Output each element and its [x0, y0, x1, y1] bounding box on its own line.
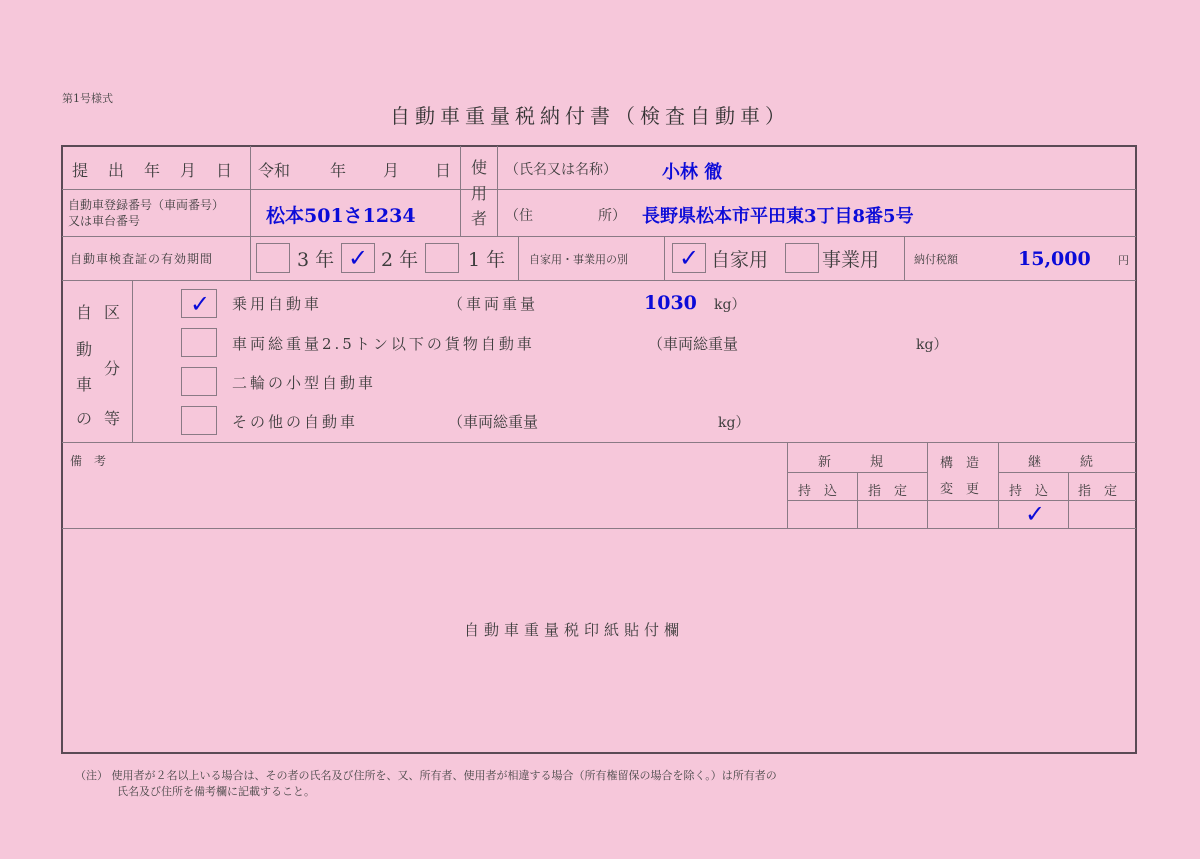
inspection-continue-header: 継 続 [1028, 451, 1093, 470]
inspection-new-bring-cell[interactable] [788, 501, 857, 528]
inspection-continue-bring-cell[interactable]: ✓ [999, 501, 1068, 528]
row-divider [62, 528, 1136, 529]
validity-3y-checkbox[interactable] [256, 243, 290, 273]
address-value[interactable]: 長野県松本市平田東3丁目8番5号 [642, 202, 914, 228]
category-label-char: 分 [104, 356, 120, 379]
category-label-char: の [76, 406, 92, 429]
footnote: （注） 使用者が２名以上いる場合は、その者の氏名及び住所を、又、所有者、使用者が… [75, 768, 777, 800]
category-passenger-checkbox[interactable]: ✓ [181, 289, 217, 318]
inspection-new-header: 新 規 [818, 451, 883, 470]
registration-label-1: 自動車登録番号（車両番号） [68, 196, 224, 213]
row-divider [62, 189, 1136, 190]
usage-private-checkbox[interactable]: ✓ [672, 243, 706, 273]
stamp-area-label: 自動車重量税印紙貼付欄 [464, 619, 684, 640]
day-unit: 日 [435, 158, 451, 181]
category-label-char: 等 [104, 406, 120, 429]
weight-unit: kg） [714, 294, 745, 314]
row-divider [62, 236, 1136, 237]
check-icon: ✓ [1025, 502, 1045, 526]
category-label-char: 動 [76, 337, 92, 360]
era-label: 令和 [258, 158, 290, 181]
registration-label-2: 又は車台番号 [68, 212, 140, 229]
remarks-field[interactable] [66, 470, 784, 526]
vehicle-weight-value[interactable]: 1030 [644, 292, 697, 314]
user-label-2: 用 [471, 181, 487, 204]
col-divider [132, 280, 133, 442]
category-other-label: その他の自動車 [232, 411, 358, 432]
category-passenger-label: 乗用自動車 [232, 293, 322, 314]
year-unit: 年 [330, 158, 346, 181]
category-label-char: 自 [76, 300, 92, 323]
category-truck-label: 車両総重量2.5トン以下の貨物自動車 [232, 333, 535, 354]
tax-label: 納付税額 [914, 251, 958, 267]
tax-unit: 円 [1118, 252, 1129, 268]
address-label-open: （住 [505, 205, 533, 225]
col-divider [664, 236, 665, 280]
col-divider [518, 236, 519, 280]
user-label-3: 者 [471, 206, 487, 229]
inspection-sub-header: 持 込 [798, 480, 837, 499]
form-title: 自動車重量税納付書（検査自動車） [390, 100, 790, 129]
user-label-1: 使 [471, 155, 487, 178]
row-divider [998, 472, 1136, 473]
submit-date-label: 提 出 年 月 日 [72, 158, 234, 181]
col-divider [497, 146, 498, 236]
usage-business-label: 事業用 [822, 245, 879, 272]
footnote-prefix: （注） [75, 769, 108, 782]
col-divider [904, 236, 905, 280]
row-divider [62, 280, 1136, 281]
gross-weight-label: （車両総重量 [648, 333, 738, 354]
validity-label: 自動車検査証の有効期間 [70, 250, 213, 267]
inspection-continue-designated-cell[interactable] [1069, 501, 1136, 528]
registration-value[interactable]: 松本501さ1234 [266, 201, 416, 228]
month-unit: 月 [383, 158, 399, 181]
name-label: （氏名又は名称） [505, 159, 617, 179]
usage-business-checkbox[interactable] [785, 243, 819, 273]
validity-2y-checkbox[interactable]: ✓ [341, 243, 375, 273]
inspection-sub-header: 持 込 [1009, 480, 1048, 499]
weight-unit: kg） [718, 412, 749, 432]
weight-unit: kg） [916, 334, 947, 354]
inspection-sub-header: 指 定 [1078, 480, 1117, 499]
category-truck-checkbox[interactable] [181, 328, 217, 357]
footnote-line1: 使用者が２名以上いる場合は、その者の氏名及び住所を、又、所有者、使用者が相違する… [112, 769, 777, 782]
weight-label: （車両重量 [448, 293, 538, 314]
inspection-new-designated-cell[interactable] [858, 501, 927, 528]
category-other-checkbox[interactable] [181, 406, 217, 435]
col-divider [927, 442, 928, 528]
name-value[interactable]: 小林 徹 [662, 158, 722, 184]
inspection-sub-header: 指 定 [868, 480, 907, 499]
category-motorcycle-label: 二輪の小型自動車 [232, 372, 376, 393]
check-icon: ✓ [190, 292, 210, 316]
form-number: 第1号様式 [62, 90, 113, 106]
usage-private-label: 自家用 [711, 245, 768, 272]
col-divider [460, 146, 461, 236]
remarks-label: 備 考 [70, 452, 106, 469]
gross-weight-label: （車両総重量 [448, 411, 538, 432]
inspection-structure-header-2: 変 更 [940, 478, 979, 497]
footnote-line2: 氏名及び住所を備考欄に記載すること。 [117, 785, 315, 798]
row-divider [62, 442, 1136, 443]
validity-3y-label: 3 年 [297, 245, 334, 272]
address-label-close: 所） [598, 205, 626, 225]
tax-value[interactable]: 15,000 [1018, 248, 1091, 270]
category-label-char: 区 [104, 300, 120, 323]
inspection-structure-header-1: 構 造 [940, 452, 979, 471]
check-icon: ✓ [679, 246, 699, 270]
category-label-char: 車 [76, 372, 92, 395]
validity-1y-checkbox[interactable] [425, 243, 459, 273]
category-motorcycle-checkbox[interactable] [181, 367, 217, 396]
col-divider [250, 146, 251, 280]
usage-label: 自家用・事業用の別 [529, 251, 628, 267]
validity-1y-label: 1 年 [468, 245, 505, 272]
validity-2y-label: 2 年 [381, 245, 418, 272]
check-icon: ✓ [348, 246, 368, 270]
